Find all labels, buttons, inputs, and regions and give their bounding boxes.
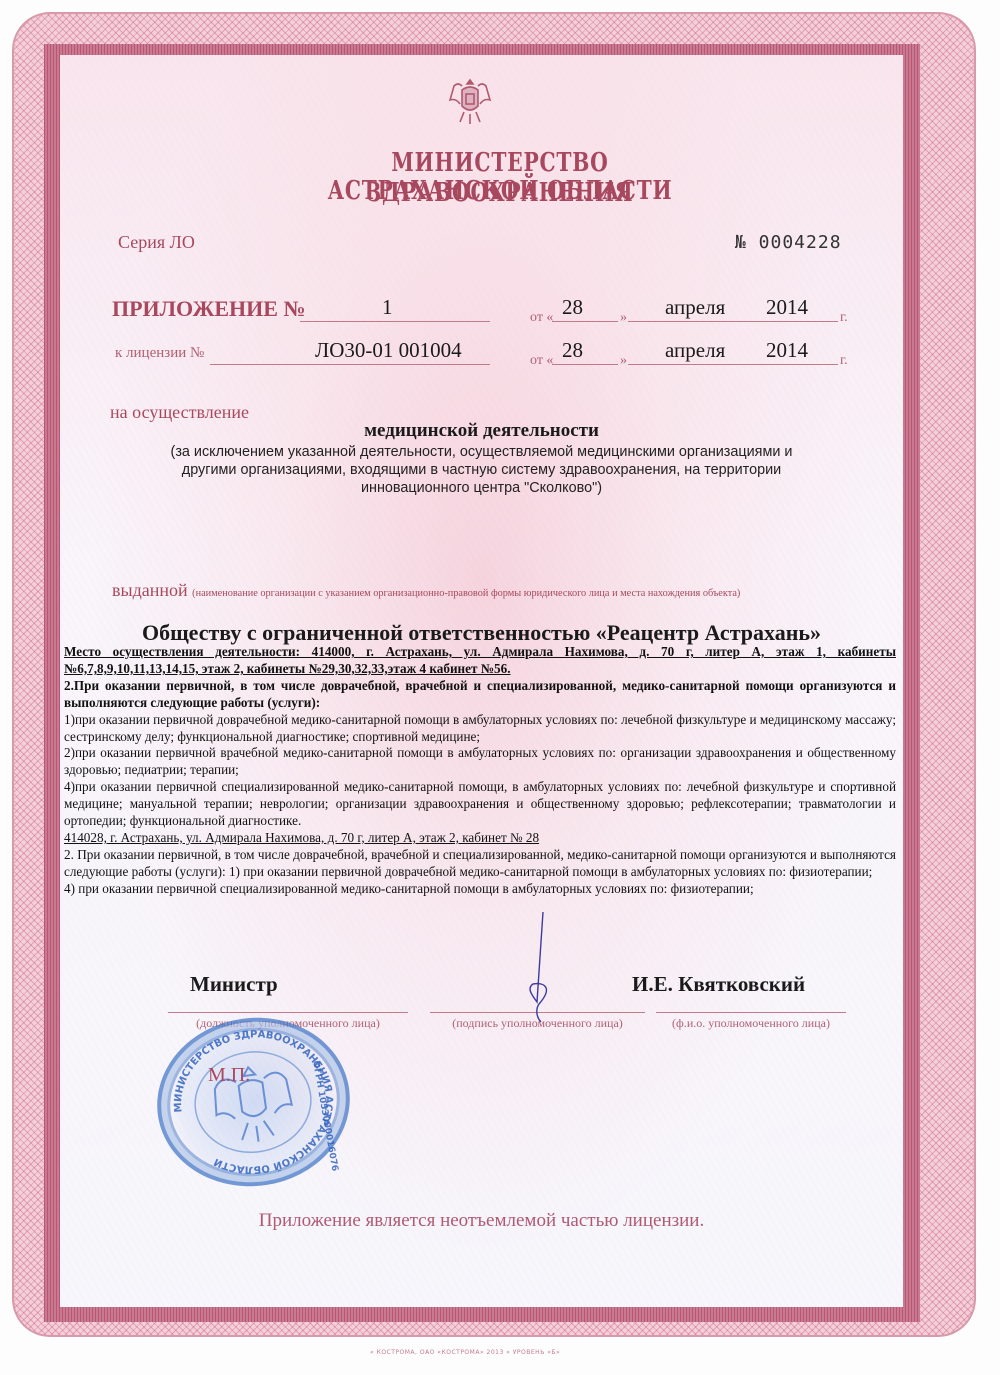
blank-number: № 0004228 (735, 232, 842, 253)
issued-line: выданной (наименование организации с ука… (112, 580, 740, 601)
signatory-position: Министр (190, 972, 278, 997)
paragraph-1-intro: 2.При оказании первичной, в том числе до… (64, 678, 896, 712)
appendix-year-suffix: г. (840, 310, 848, 326)
footer-note: Приложение является неотъемлемой частью … (60, 1210, 903, 1232)
license-label: к лицензии № (115, 345, 204, 362)
license-month: апреля (665, 338, 725, 363)
license-from-label: от « (530, 353, 553, 369)
appendix-month: апреля (665, 295, 725, 320)
paragraph-2-intro: 2. При оказании первичной, в том числе д… (64, 847, 896, 881)
activity-note: (за исключением указанной деятельности, … (60, 443, 903, 497)
appendix-from-close: » (620, 310, 627, 326)
signatory-name: И.Е. Квятковский (632, 972, 805, 997)
appendix-number: 1 (382, 295, 393, 320)
license-from-close: » (620, 353, 627, 369)
caption-name: (ф.и.о. уполномоченного лица) (656, 1016, 846, 1031)
appendix-day: 28 (562, 295, 583, 320)
place-of-activity-2: 414028, г. Астрахань, ул. Адмирала Нахим… (64, 830, 896, 847)
paragraph-2-item-4: 4) при оказании первичной специализирова… (64, 881, 896, 898)
place-of-activity-1: Место осуществления деятельности: 414000… (64, 644, 896, 678)
license-number: ЛО30-01 001004 (315, 338, 462, 363)
activity-title: медицинской деятельности (60, 420, 903, 442)
appendix-from-label: от « (530, 310, 553, 326)
paragraph-1-item-4: 4)при оказании первичной специализирован… (64, 779, 896, 830)
handwritten-signature (525, 910, 585, 1030)
printer-imprint: « КОСТРОМА, ОАО «КОСТРОМА» 2013 » УРОВЕН… (370, 1349, 560, 1356)
license-year-suffix: г. (840, 353, 848, 369)
appendix-year: 2014 (766, 295, 808, 320)
seal-label: М.П. (208, 1064, 250, 1087)
license-body: Место осуществления деятельности: 414000… (64, 644, 896, 898)
license-day: 28 (562, 338, 583, 363)
ministry-title-line2: АСТРАХАНСКОЙ ОБЛАСТИ (266, 176, 734, 206)
paragraph-1-item-2: 2)при оказании первичной врачебной медик… (64, 745, 896, 779)
series-label: Серия ЛО (118, 232, 195, 253)
organization-name: Обществу с ограниченной ответственностью… (60, 620, 903, 646)
issued-hint: (наименование организации с указанием ор… (192, 588, 740, 599)
license-year: 2014 (766, 338, 808, 363)
issued-label: выданной (112, 580, 188, 600)
paragraph-1-item-1: 1)при оказании первичной доврачебной мед… (64, 712, 896, 746)
double-headed-eagle-icon (440, 72, 500, 132)
appendix-label: ПРИЛОЖЕНИЕ № (112, 296, 306, 322)
